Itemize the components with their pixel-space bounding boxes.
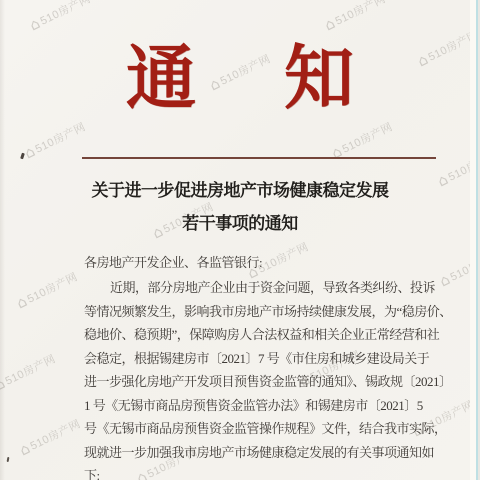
house-logo-icon: ⌂: [22, 144, 37, 162]
body-text-line: 1 号《无锡市商品房预售资金监管办法》和锡建房市〔2021〕5: [84, 394, 454, 418]
body-text-line: 下:: [84, 464, 454, 480]
watermark: ⌂510房产网: [0, 350, 58, 393]
house-logo-icon: ⌂: [14, 294, 29, 312]
scanned-notice-page: ⌂510房产网⌂510房产网⌂510房产网⌂510房产网⌂510房产网⌂510房…: [0, 0, 480, 480]
document-title-line-2: 若干事项的通知: [0, 207, 480, 240]
body-text-line: 现就进一步加强我市房地产市场健康稳定发展的有关事项通知如: [84, 441, 454, 465]
watermark-text: 510房产网: [27, 415, 83, 453]
body-text-line: 会稳定，根据锡建房市〔2021〕7 号《市住房和城乡建设局关于: [84, 347, 454, 371]
salutation-line: 各房地产开发企业、各监管银行:: [84, 251, 262, 274]
body-paragraph: 近期，部分房地产企业由于资金问题，导致各类纠纷、投诉等情况频繁发生，影响我市房地…: [84, 276, 454, 480]
house-logo-icon: ⌂: [17, 441, 32, 459]
watermark-text: 510房产网: [32, 118, 88, 156]
watermark-text: 510房产网: [339, 118, 395, 156]
body-text-line: 进一步强化房地产开发项目预售资金监管的通知》、锡政规〔2021〕: [84, 370, 454, 394]
document-title: 关于进一步促进房地产市场健康稳定发展 若干事项的通知: [0, 174, 480, 240]
notice-heading: 通 知: [0, 42, 480, 118]
watermark: ⌂510房产网: [27, 0, 93, 34]
watermark-text: 510房产网: [37, 0, 93, 29]
watermark: ⌂510房产网: [14, 268, 80, 311]
body-text-line: 近期，部分房地产企业由于资金问题，导致各类纠纷、投诉: [84, 276, 454, 300]
notice-heading-char-1: 通: [126, 42, 196, 118]
watermark-text: 510房产网: [255, 238, 311, 276]
watermark: ⌂510房产网: [17, 415, 83, 458]
red-horizontal-rule: [82, 157, 436, 159]
watermark: ⌂510房产网: [329, 118, 395, 161]
scan-speck: [7, 457, 10, 462]
notice-heading-char-2: 知: [284, 42, 354, 118]
document-title-line-1: 关于进一步促进房地产市场健康稳定发展: [0, 174, 480, 207]
house-logo-icon: ⌂: [27, 16, 42, 34]
scan-speck: [20, 153, 25, 160]
body-text-line: 号《无锡市商品房预售资金监管操作规程》文件，结合我市实际，: [84, 417, 454, 441]
body-text-line: 稳地价、稳预期”，保障购房人合法权益和相关企业正常经营和社: [84, 323, 454, 347]
watermark: ⌂510房产网: [22, 118, 88, 161]
body-text-line: 等情况频繁发生，影响我市房地产市场持续健康发展，为“稳房价、: [84, 300, 454, 324]
watermark: ⌂510房产网: [322, 0, 388, 34]
watermark-text: 510房产网: [24, 268, 80, 306]
watermark-text: 510房产网: [2, 350, 58, 388]
watermark-text: 510房产网: [332, 0, 388, 29]
house-logo-icon: ⌂: [322, 16, 337, 34]
